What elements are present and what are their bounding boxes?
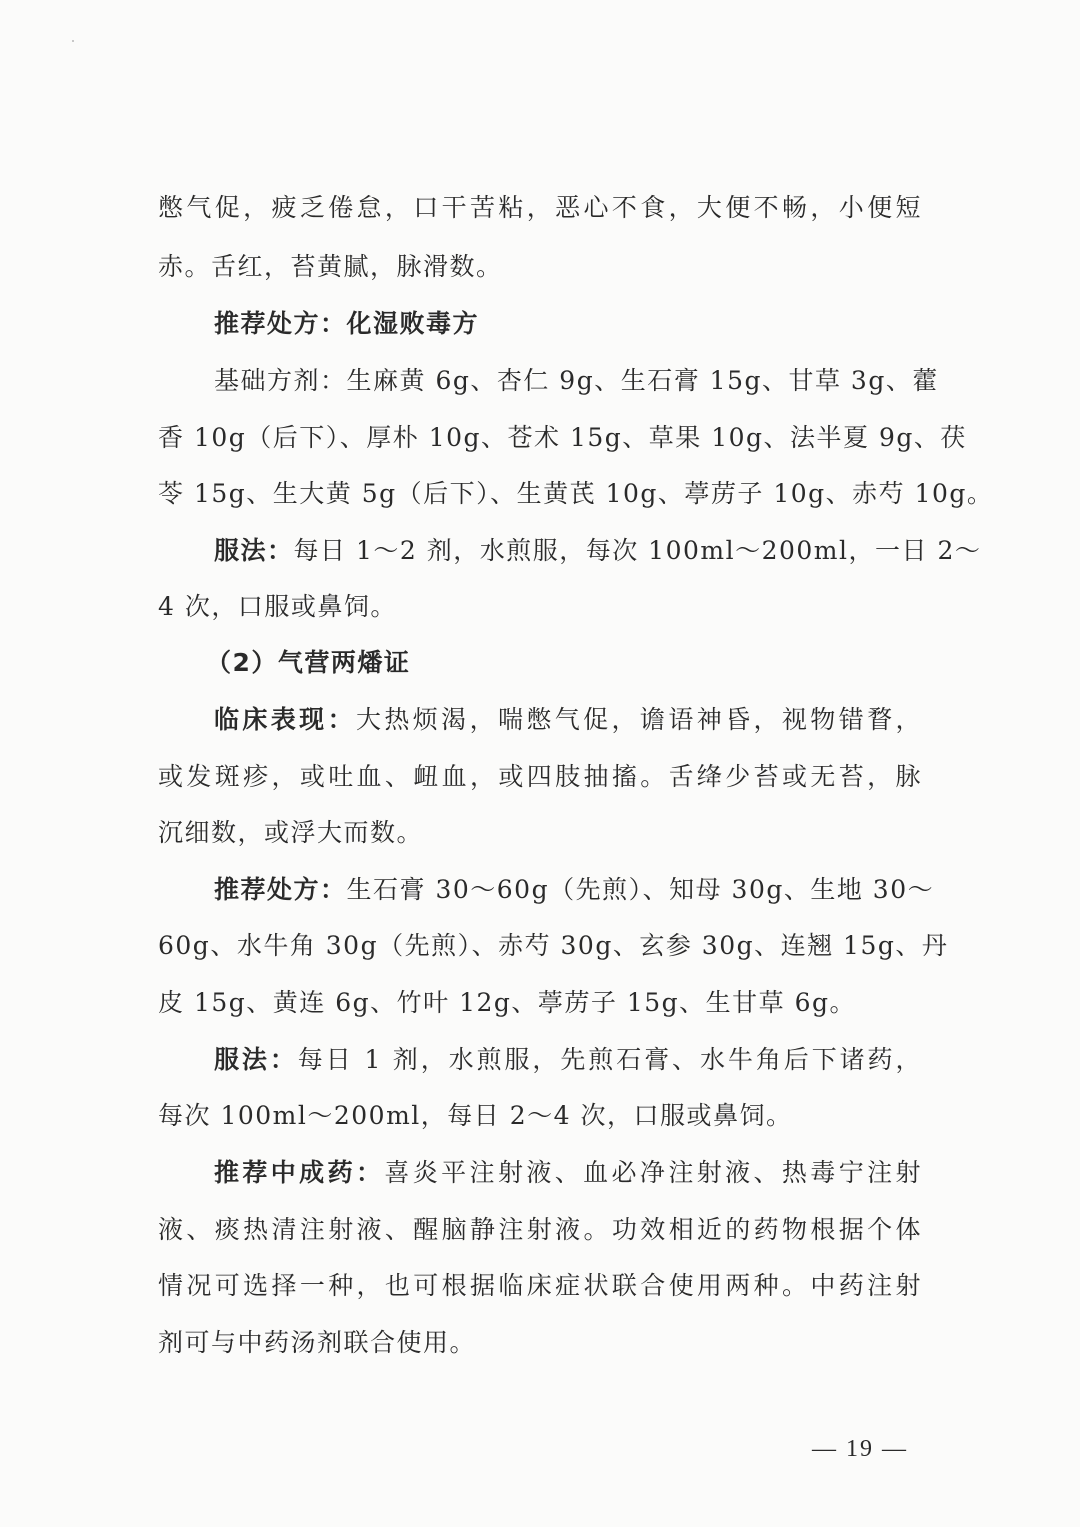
dosage-text: 每日 1 剂，水煎服，先煎石膏、水牛角后下诸药， [298, 1045, 922, 1074]
formula-line: 香 10g（后下）、厚朴 10g、苍术 15g、草果 10g、法半夏 9g、茯 [158, 423, 922, 453]
dosage-label: 服法： [214, 1045, 298, 1074]
scan-mark [72, 40, 74, 42]
prescription-label: 推荐处方： [214, 875, 347, 904]
dosage-line: 每次 100ml～200ml，每日 2～4 次，口服或鼻饲。 [158, 1101, 922, 1131]
dosage-line: 服法：每日 1～2 剂，水煎服，每次 100ml～200ml，一日 2～ [214, 536, 922, 566]
formula-line: 苓 15g、生大黄 5g（后下）、生黄芪 10g、葶苈子 10g、赤芍 10g。 [158, 479, 922, 509]
dosage-text: 每日 1～2 剂，水煎服，每次 100ml～200ml，一日 2～ [294, 536, 982, 565]
patent-medicine-line: 剂可与中药汤剂联合使用。 [158, 1328, 922, 1358]
page-number: — 19 — [812, 1434, 908, 1464]
patent-medicine-text: 喜炎平注射液、血必净注射液、热毒宁注射 [384, 1158, 922, 1187]
prescription-name: 化湿败毒方 [347, 309, 480, 338]
dosage-line: 4 次，口服或鼻饲。 [158, 592, 922, 622]
patent-medicine-line: 情况可选择一种，也可根据临床症状联合使用两种。中药注射 [158, 1271, 922, 1301]
clinical-text: 大热烦渴，喘憋气促，谵语神昏，视物错瞀， [356, 705, 922, 734]
patent-medicine-line: 液、痰热清注射液、醒脑静注射液。功效相近的药物根据个体 [158, 1215, 922, 1245]
prescription-heading: 推荐处方：化湿败毒方 [214, 309, 922, 339]
text-line: 憋气促，疲乏倦怠，口干苦粘，恶心不食，大便不畅，小便短 [158, 193, 922, 223]
dosage-label: 服法： [214, 536, 294, 565]
patent-medicine-line: 推荐中成药：喜炎平注射液、血必净注射液、热毒宁注射 [214, 1158, 922, 1188]
clinical-line: 沉细数，或浮大而数。 [158, 818, 922, 848]
formula-line: 基础方剂：生麻黄 6g、杏仁 9g、生石膏 15g、甘草 3g、藿 [214, 366, 922, 396]
prescription-label: 推荐处方： [214, 309, 347, 338]
prescription-line: 皮 15g、黄连 6g、竹叶 12g、葶苈子 15g、生甘草 6g。 [158, 988, 922, 1018]
clinical-line: 临床表现：大热烦渴，喘憋气促，谵语神昏，视物错瞀， [214, 705, 922, 735]
text-line: 赤。舌红，苔黄腻，脉滑数。 [158, 252, 922, 282]
section-heading: （2）气营两燔证 [206, 648, 970, 678]
patent-medicine-label: 推荐中成药： [214, 1158, 384, 1187]
clinical-line: 或发斑疹，或吐血、衄血，或四肢抽搐。舌绛少苔或无苔，脉 [158, 762, 922, 792]
prescription-line: 60g、水牛角 30g（先煎）、赤芍 30g、玄参 30g、连翘 15g、丹 [158, 931, 922, 961]
prescription-line: 推荐处方：生石膏 30～60g（先煎）、知母 30g、生地 30～ [214, 875, 922, 905]
prescription-text: 生石膏 30～60g（先煎）、知母 30g、生地 30～ [347, 875, 935, 904]
dosage-line: 服法：每日 1 剂，水煎服，先煎石膏、水牛角后下诸药， [214, 1045, 922, 1075]
clinical-label: 临床表现： [214, 705, 356, 734]
